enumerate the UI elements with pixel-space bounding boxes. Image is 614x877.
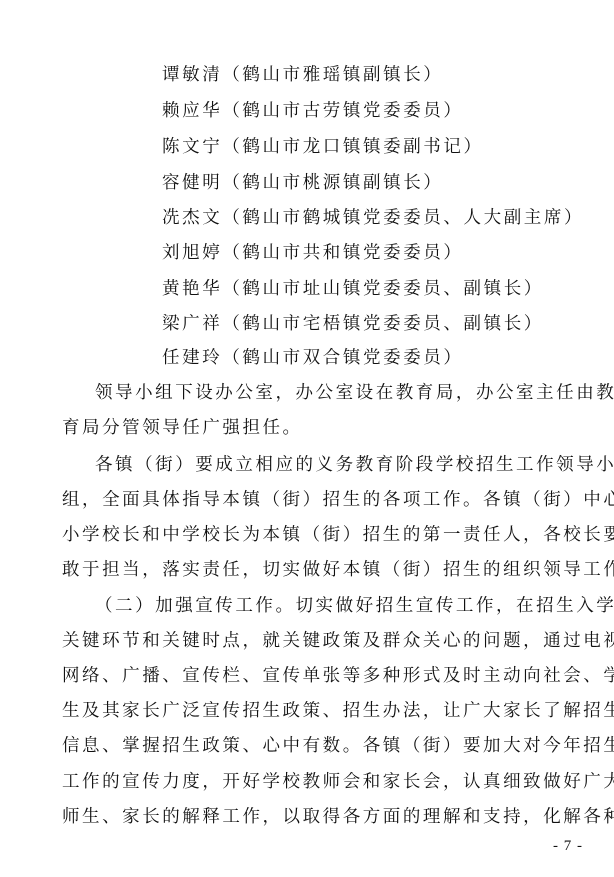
member-title: （鹤山市桃源镇副镇长） xyxy=(222,173,443,193)
paragraph-line: 工作的宣传力度，开好学校教师会和家长会，认真细致做好广大 xyxy=(62,771,614,793)
page-number: - 7 - xyxy=(553,838,583,855)
member-name: 任建玲 xyxy=(162,348,222,368)
member-name: 谭敏清 xyxy=(162,65,222,85)
member-title: （鹤山市雅瑶镇副镇长） xyxy=(222,65,443,85)
member-line: 冼杰文（鹤山市鹤城镇党委委员、人大副主席） xyxy=(162,207,584,229)
member-title: （鹤山市龙口镇镇委副书记） xyxy=(222,137,483,157)
member-line: 赖应华（鹤山市古劳镇党委委员） xyxy=(162,100,464,122)
paragraph-line: 各镇（街）要成立相应的义务教育阶段学校招生工作领导小 xyxy=(95,454,614,476)
member-line: 刘旭婷（鹤山市共和镇党委委员） xyxy=(162,242,464,264)
member-line: 谭敏清（鹤山市雅瑶镇副镇长） xyxy=(162,64,443,86)
paragraph-line: 组，全面具体指导本镇（街）招生的各项工作。各镇（街）中心 xyxy=(62,489,614,511)
member-name: 赖应华 xyxy=(162,101,222,121)
member-name: 黄艳华 xyxy=(162,279,222,299)
member-line: 陈文宁（鹤山市龙口镇镇委副书记） xyxy=(162,136,484,158)
member-title: （鹤山市鹤城镇党委委员、人大副主席） xyxy=(222,208,584,228)
paragraph-line: 小学校长和中学校长为本镇（街）招生的第一责任人，各校长要 xyxy=(62,524,614,546)
member-line: 黄艳华（鹤山市址山镇党委委员、副镇长） xyxy=(162,278,544,300)
member-title: （鹤山市宅梧镇党委委员、副镇长） xyxy=(222,314,544,334)
member-name: 梁广祥 xyxy=(162,314,222,334)
member-line: 容健明（鹤山市桃源镇副镇长） xyxy=(162,172,443,194)
member-line: 梁广祥（鹤山市宅梧镇党委委员、副镇长） xyxy=(162,313,544,335)
member-title: （鹤山市古劳镇党委委员） xyxy=(222,101,463,121)
paragraph-line: 领导小组下设办公室，办公室设在教育局，办公室主任由教 xyxy=(95,382,614,404)
paragraph-line: 师生、家长的解释工作，以取得各方面的理解和支持，化解各种 xyxy=(62,806,614,828)
member-name: 冼杰文 xyxy=(162,208,222,228)
member-name: 陈文宁 xyxy=(162,137,222,157)
member-name: 刘旭婷 xyxy=(162,243,222,263)
member-title: （鹤山市址山镇党委委员、副镇长） xyxy=(222,279,544,299)
paragraph-line: 敢于担当，落实责任，切实做好本镇（街）招生的组织领导工作。 xyxy=(62,559,614,581)
paragraph-line: 育局分管领导任广强担任。 xyxy=(62,417,303,439)
member-name: 容健明 xyxy=(162,173,222,193)
paragraph-line: 关键环节和关键时点，就关键政策及群众关心的问题，通过电视、 xyxy=(62,630,614,652)
paragraph-line: 网络、广播、宣传栏、宣传单张等多种形式及时主动向社会、学 xyxy=(62,665,614,687)
member-title: （鹤山市共和镇党委委员） xyxy=(222,243,463,263)
member-line: 任建玲（鹤山市双合镇党委委员） xyxy=(162,347,464,369)
paragraph-line: 信息、掌握招生政策、心中有数。各镇（街）要加大对今年招生 xyxy=(62,735,614,757)
section-heading-line: （二）加强宣传工作。切实做好招生宣传工作，在招生入学 xyxy=(95,595,614,617)
paragraph-line: 生及其家长广泛宣传招生政策、招生办法，让广大家长了解招生 xyxy=(62,700,614,722)
member-title: （鹤山市双合镇党委委员） xyxy=(222,348,463,368)
